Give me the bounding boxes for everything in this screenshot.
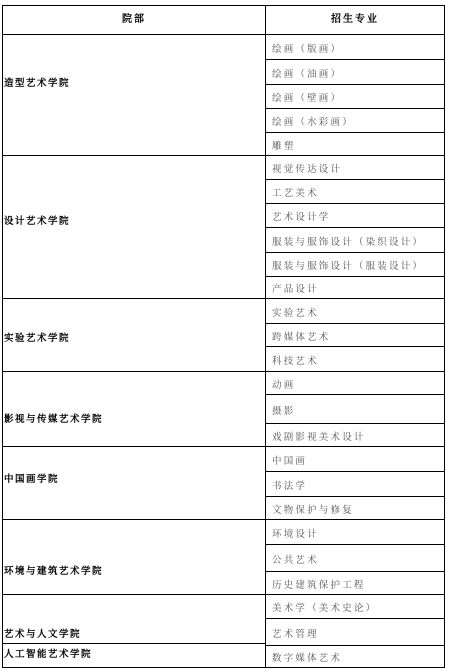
major-name: 服装与服饰设计（服装设计） bbox=[272, 258, 424, 272]
admissions-table: 院部 招生专业 造型艺术学院 绘画（版画） 绘画（油画） 绘画（壁画） 绘画（水… bbox=[2, 5, 445, 668]
college-section: 造型艺术学院 绘画（版画） 绘画（油画） 绘画（壁画） 绘画（水彩画） 雕塑 bbox=[3, 35, 444, 156]
major-row: 视觉传达设计 bbox=[266, 156, 444, 180]
major-name: 数字媒体艺术 bbox=[272, 650, 342, 664]
major-row: 摄影 bbox=[266, 395, 444, 424]
major-row: 动画 bbox=[266, 372, 444, 395]
major-row: 环境设计 bbox=[266, 520, 444, 545]
major-row: 历史建筑保护工程 bbox=[266, 572, 444, 595]
major-row: 跨媒体艺术 bbox=[266, 324, 444, 347]
major-name: 绘画（壁画） bbox=[272, 90, 342, 104]
college-section: 影视与传媒艺术学院 动画 摄影 戏剧影视美术设计 bbox=[3, 372, 444, 447]
major-name: 实验艺术 bbox=[272, 305, 319, 319]
major-name: 历史建筑保护工程 bbox=[272, 577, 366, 591]
major-name: 科技艺术 bbox=[272, 353, 319, 367]
major-row: 工艺美术 bbox=[266, 180, 444, 204]
table-header: 院部 招生专业 bbox=[3, 6, 444, 35]
major-name: 艺术设计学 bbox=[272, 209, 331, 223]
header-majors: 招生专业 bbox=[266, 6, 444, 34]
major-row: 戏剧影视美术设计 bbox=[266, 424, 444, 447]
major-row: 科技艺术 bbox=[266, 347, 444, 372]
row-divider bbox=[3, 643, 265, 644]
header-college: 院部 bbox=[3, 6, 265, 34]
major-name: 动画 bbox=[272, 377, 295, 391]
major-row: 公共艺术 bbox=[266, 545, 444, 572]
major-row: 中国画 bbox=[266, 447, 444, 472]
major-row: 艺术设计学 bbox=[266, 204, 444, 228]
college-name: 影视与传媒艺术学院 bbox=[4, 411, 262, 425]
major-name: 工艺美术 bbox=[272, 185, 319, 199]
major-name: 美术学（美术史论） bbox=[272, 600, 377, 614]
major-name: 摄影 bbox=[272, 403, 295, 417]
college-section: 中国画学院 中国画 书法学 文物保护与修复 bbox=[3, 447, 444, 520]
major-name: 文物保护与修复 bbox=[272, 502, 354, 516]
major-row: 雕塑 bbox=[266, 133, 444, 156]
major-name: 绘画（水彩画） bbox=[272, 114, 354, 128]
major-name: 戏剧影视美术设计 bbox=[272, 429, 366, 443]
college-name: 人工智能艺术学院 bbox=[4, 646, 262, 660]
college-section: 设计艺术学院 视觉传达设计 工艺美术 艺术设计学 服装与服饰设计（染织设计） 服… bbox=[3, 156, 444, 299]
major-name: 书法学 bbox=[272, 478, 307, 492]
major-row: 产品设计 bbox=[266, 277, 444, 299]
college-name: 设计艺术学院 bbox=[4, 213, 262, 227]
major-row: 文物保护与修复 bbox=[266, 497, 444, 520]
major-row: 绘画（版画） bbox=[266, 35, 444, 60]
major-row: 绘画（壁画） bbox=[266, 85, 444, 109]
major-row: 数字媒体艺术 bbox=[266, 646, 444, 668]
college-name: 实验艺术学院 bbox=[4, 330, 262, 344]
college-name: 造型艺术学院 bbox=[4, 75, 262, 89]
major-row: 艺术管理 bbox=[266, 619, 444, 646]
major-name: 视觉传达设计 bbox=[272, 161, 342, 175]
major-name: 艺术管理 bbox=[272, 626, 319, 640]
college-name: 环境与建筑艺术学院 bbox=[4, 563, 262, 577]
major-name: 环境设计 bbox=[272, 526, 319, 540]
major-name: 产品设计 bbox=[272, 281, 319, 295]
major-name: 服装与服饰设计（染织设计） bbox=[272, 234, 424, 248]
major-name: 中国画 bbox=[272, 453, 307, 467]
major-row: 美术学（美术史论） bbox=[266, 595, 444, 619]
college-name: 艺术与人文学院 bbox=[4, 626, 262, 640]
major-name: 跨媒体艺术 bbox=[272, 329, 331, 343]
major-name: 雕塑 bbox=[272, 138, 295, 152]
major-row: 实验艺术 bbox=[266, 299, 444, 324]
major-row: 书法学 bbox=[266, 472, 444, 497]
college-section: 环境与建筑艺术学院 环境设计 公共艺术 历史建筑保护工程 bbox=[3, 520, 444, 595]
major-name: 绘画（油画） bbox=[272, 66, 342, 80]
major-row: 绘画（油画） bbox=[266, 60, 444, 85]
college-section: 实验艺术学院 实验艺术 跨媒体艺术 科技艺术 bbox=[3, 299, 444, 372]
major-name: 公共艺术 bbox=[272, 552, 319, 566]
major-name: 绘画（版画） bbox=[272, 41, 342, 55]
major-row: 服装与服饰设计（染织设计） bbox=[266, 228, 444, 253]
major-row: 绘画（水彩画） bbox=[266, 109, 444, 133]
college-section-pair: 艺术与人文学院 人工智能艺术学院 美术学（美术史论） 艺术管理 数字媒体艺术 bbox=[3, 595, 444, 668]
college-name: 中国画学院 bbox=[4, 471, 262, 485]
major-row: 服装与服饰设计（服装设计） bbox=[266, 253, 444, 277]
